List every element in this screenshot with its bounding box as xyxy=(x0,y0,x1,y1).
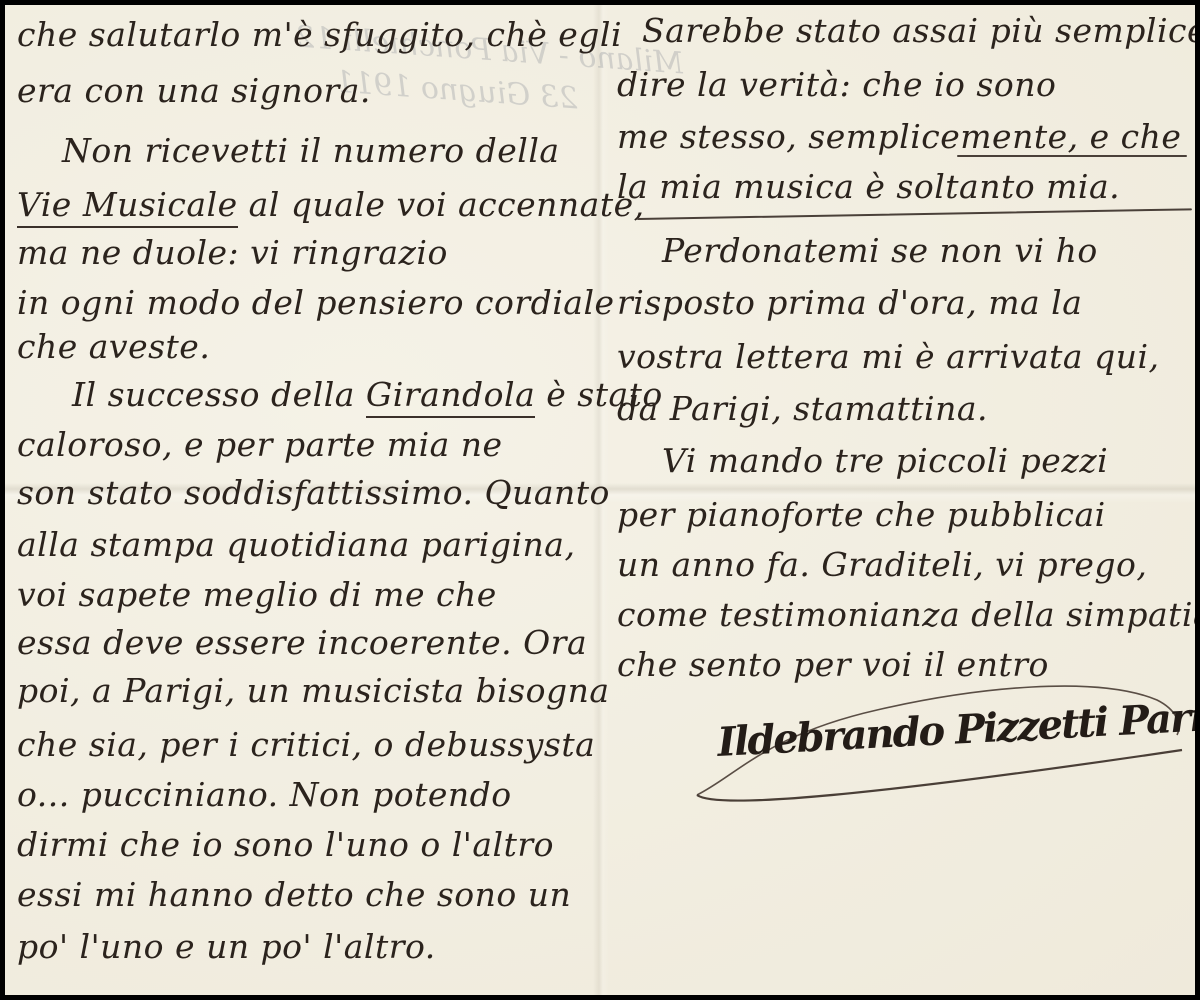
text-line: in ogni modo del pensiero cordiale xyxy=(17,283,615,322)
text-line: Vie Musicale al quale voi accennate, xyxy=(17,185,645,224)
underlined-title: Girandola xyxy=(366,375,535,418)
text-line: dire la verità: che io sono xyxy=(617,65,1056,104)
text-line: essa deve essere incoerente. Ora xyxy=(17,623,587,662)
text-line: la mia musica è soltanto mia. xyxy=(617,167,1120,206)
underline-stroke xyxy=(637,208,1192,220)
text-line: o... pucciniano. Non potendo xyxy=(17,775,512,814)
text-line: Vi mando tre piccoli pezzi xyxy=(662,441,1108,480)
text-line: da Parigi, stamattina. xyxy=(617,389,988,428)
text-fragment: al quale voi accennate, xyxy=(238,185,645,224)
text-line: Il successo della Girandola è stato xyxy=(72,375,663,414)
text-line: caloroso, e per parte mia ne xyxy=(17,425,503,464)
text-line: son stato soddisfattissimo. Quanto xyxy=(17,473,610,512)
text-line: poi, a Parigi, un musicista bisogna xyxy=(17,671,610,710)
text-line: po' l'uno e un po' l'altro. xyxy=(17,927,436,966)
text-line: che sia, per i critici, o debussysta xyxy=(17,725,595,764)
text-line: alla stampa quotidiana parigina, xyxy=(17,525,575,564)
underline-stroke xyxy=(957,155,1187,157)
text-line: voi sapete meglio di me che xyxy=(17,575,497,614)
text-line: come testimonianza della simpatia xyxy=(617,595,1195,634)
text-line: vostra lettera mi è arrivata qui, xyxy=(617,337,1160,376)
underlined-title: Vie Musicale xyxy=(17,185,238,228)
text-line: era con una signora. xyxy=(17,71,371,110)
text-line: che salutarlo m'è sfuggito, chè egli xyxy=(17,15,622,54)
text-line: dirmi che io sono l'uno o l'altro xyxy=(17,825,554,864)
text-line: Non ricevetti il numero della xyxy=(62,131,560,170)
text-line: un anno fa. Graditeli, vi prego, xyxy=(617,545,1147,584)
text-line: essi mi hanno detto che sono un xyxy=(17,875,571,914)
text-line: Sarebbe stato assai più semplice xyxy=(642,11,1195,50)
text-line: ma ne duole: vi ringrazio xyxy=(17,233,448,272)
text-fragment: Il successo della xyxy=(72,375,366,414)
text-line: che aveste. xyxy=(17,327,210,366)
text-line: Perdonatemi se non vi ho xyxy=(662,231,1098,270)
letter-scan: Milano - Via Ponchielli 12 23 Giugno 191… xyxy=(5,5,1195,995)
text-line: me stesso, semplicemente, e che xyxy=(617,117,1181,156)
text-line: per pianoforte che pubblicai xyxy=(617,495,1106,534)
text-line: risposto prima d'ora, ma la xyxy=(617,283,1082,322)
